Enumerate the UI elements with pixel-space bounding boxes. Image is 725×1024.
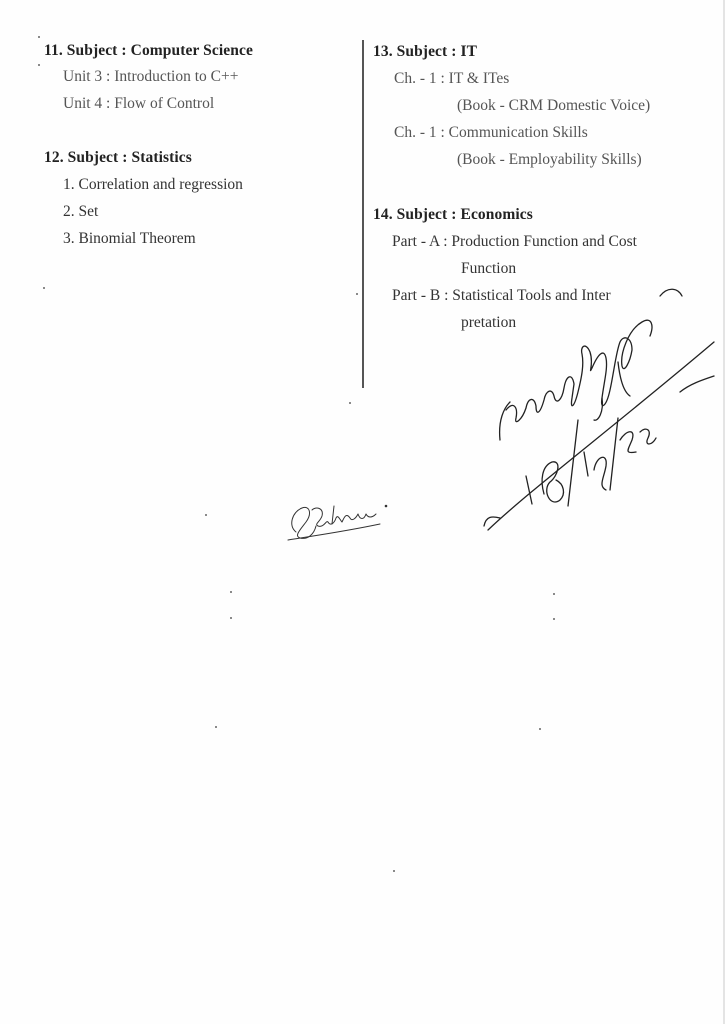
- section-heading-computer-science: 11. Subject : Computer Science: [44, 42, 253, 60]
- scan-speck: [553, 593, 555, 595]
- list-item: Function: [461, 260, 516, 278]
- section-heading-statistics: 12. Subject : Statistics: [44, 149, 192, 167]
- section-heading-economics: 14. Subject : Economics: [373, 206, 533, 224]
- scan-speck: [230, 591, 232, 593]
- list-item: 3. Binomial Theorem: [63, 230, 196, 248]
- signature-with-date: [470, 280, 725, 540]
- list-item: (Book - Employability Skills): [457, 151, 642, 169]
- scan-speck: [215, 726, 217, 728]
- list-item: Part - A : Production Function and Cost: [392, 233, 637, 251]
- scan-speck: [356, 293, 358, 295]
- scan-speck: [43, 287, 45, 289]
- list-item: 2. Set: [63, 203, 98, 221]
- column-divider: [362, 40, 364, 388]
- scan-speck: [553, 618, 555, 620]
- scan-speck: [38, 36, 40, 38]
- list-item: Ch. - 1 : IT & ITes: [394, 70, 509, 88]
- scan-speck: [349, 402, 351, 404]
- scan-speck: [230, 617, 232, 619]
- list-item: 1. Correlation and regression: [63, 176, 243, 194]
- list-item: (Book - CRM Domestic Voice): [457, 97, 650, 115]
- scan-speck: [38, 64, 40, 66]
- list-item: Ch. - 1 : Communication Skills: [394, 124, 588, 142]
- scan-speck: [539, 728, 541, 730]
- list-item: Unit 4 : Flow of Control: [63, 95, 214, 113]
- scan-speck: [393, 870, 395, 872]
- scan-speck: [205, 514, 207, 516]
- list-item: Unit 3 : Introduction to C++: [63, 68, 239, 86]
- scanned-page: 11. Subject : Computer Science Unit 3 : …: [0, 0, 725, 1024]
- signature-small: [282, 496, 392, 546]
- section-heading-it: 13. Subject : IT: [373, 43, 477, 61]
